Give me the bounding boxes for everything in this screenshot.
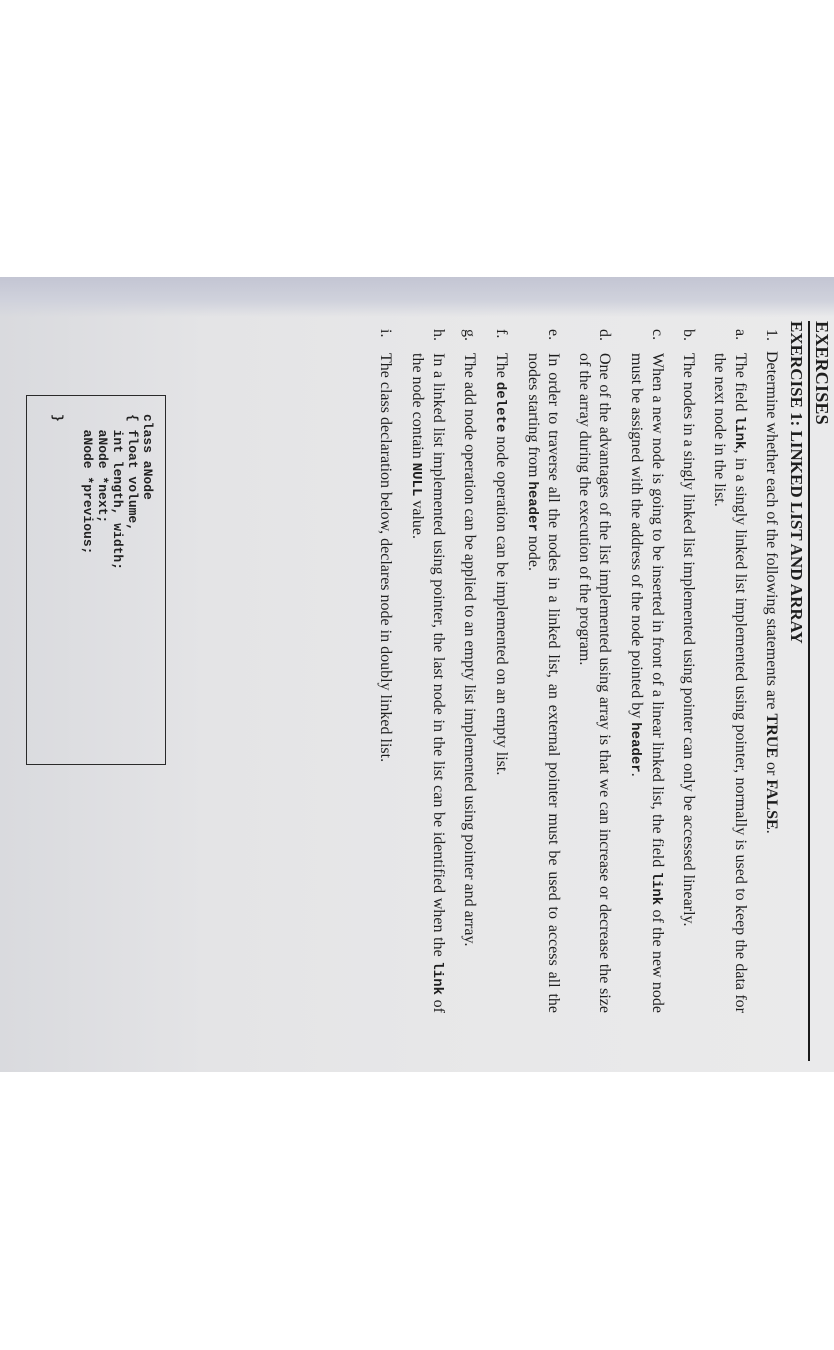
exercise-title: EXERCISE 1: LINKED LIST AND ARRAY [786,321,806,644]
question-number: 1. [762,329,780,341]
statement-item: g.The add node operation can be applied … [459,329,479,1013]
statement-item: f.The delete node operation can be imple… [490,329,511,1013]
statement-label: b. [678,329,698,341]
statement-text: The field link, in a singly linked list … [711,353,749,1013]
code-term: link [731,416,747,450]
statement-item: b.The nodes in a singly linked list impl… [678,329,698,1013]
code-term: link [429,961,445,995]
section-title: EXERCISES [811,321,832,1061]
prompt-text: Determine whether each of the following … [763,351,780,714]
code-term: header [524,481,540,531]
code-term: delete [492,382,508,432]
false-label: FALSE [763,779,780,829]
statement-label: e. [543,329,563,340]
class-declaration-code: class aNode { float volume, int length, … [50,414,155,570]
true-label: TRUE [763,714,780,758]
statement-item: i.The class declaration below, declares … [375,329,395,1013]
statement-label: g. [459,329,479,341]
code-box: class aNode { float volume, int length, … [26,395,166,765]
statement-item: e.In order to traverse all the nodes in … [522,329,563,1013]
statement-text: When a new node is going to be inserted … [628,353,666,1013]
statement-item: a.The field link, in a singly linked lis… [709,329,750,1013]
statement-label: a. [730,329,750,340]
statement-text: One of the advantages of the list implem… [576,353,613,1013]
statement-label: h. [428,329,448,341]
statement-label: i. [375,329,395,337]
code-term: link [648,872,664,906]
statement-item: h.In a linked list implemented using poi… [406,329,448,1013]
header-rule [808,321,810,1061]
question-prompt: Determine whether each of the following … [762,351,780,834]
statement-label: d. [594,329,614,341]
statement-text: The add node operation can be applied to… [461,353,478,946]
prompt-or: or [763,758,780,779]
statement-item: c.When a new node is going to be inserte… [625,329,667,1013]
statement-label: f. [491,329,511,338]
header: EXERCISES EXERCISE 1: LINKED LIST AND AR… [811,321,832,1061]
worksheet-page: EXERCISES EXERCISE 1: LINKED LIST AND AR… [0,297,834,1067]
statement-list: a.The field link, in a singly linked lis… [364,329,750,1029]
statement-label: c. [647,329,667,340]
prompt-end: . [763,830,780,834]
statement-text: In a linked list implemented using point… [409,353,447,1013]
statement-text: The delete node operation can be impleme… [493,353,510,775]
document-photo: EXERCISES EXERCISE 1: LINKED LIST AND AR… [0,277,834,1072]
statement-text: In order to traverse all the nodes in a … [525,353,562,1013]
statement-text: The class declaration below, declares no… [377,353,394,762]
statement-text: The nodes in a singly linked list implem… [680,353,697,926]
statement-item: d.One of the advantages of the list impl… [574,329,614,1013]
code-term: header [627,722,643,772]
code-term: NULL [408,463,424,497]
